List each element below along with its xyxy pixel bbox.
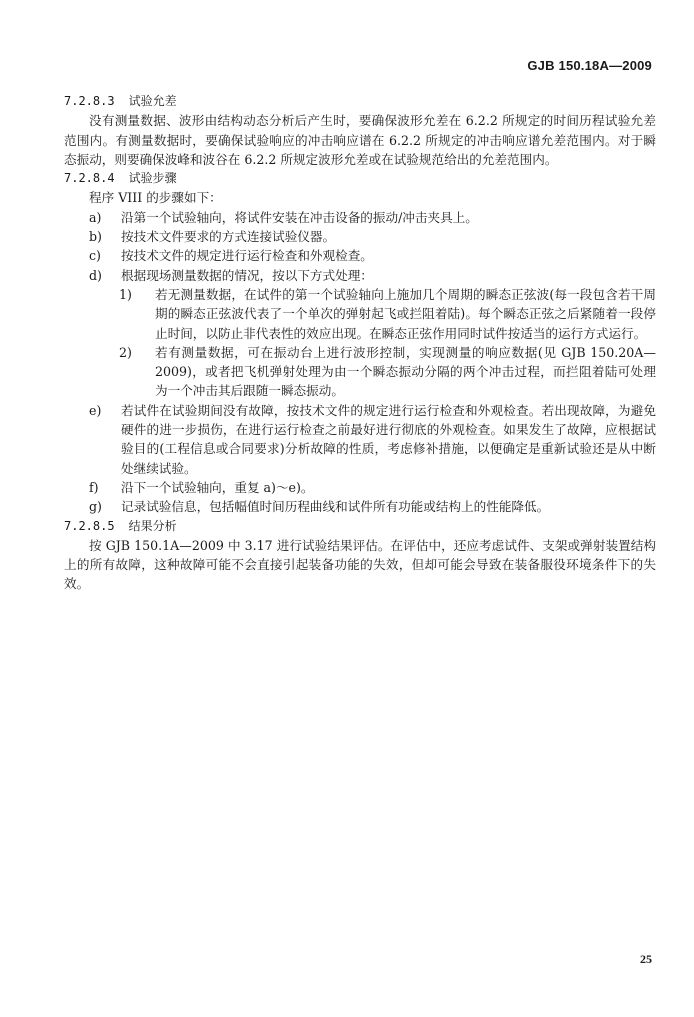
sub-list-label: 2) — [119, 343, 132, 362]
section-title: 试验允差 — [129, 94, 177, 108]
page-number: 25 — [640, 952, 652, 967]
list-item-c: c)按技术文件的规定进行运行检查和外观检查。 — [64, 246, 656, 265]
sub-list-item-1: 1)若无测量数据，在试件的第一个试验轴向上施加几个周期的瞬态正弦波(每一段包含若… — [64, 285, 656, 343]
list-item-a: a)沿第一个试验轴向，将试件安装在冲击设备的振动/冲击夹具上。 — [64, 208, 656, 227]
list-item-d: d)根据现场测量数据的情况，按以下方式处理： — [64, 266, 656, 285]
list-label: c) — [89, 246, 101, 265]
list-item-f: f)沿下一个试验轴向，重复 a)～e)。 — [64, 478, 656, 497]
list-label: e) — [89, 401, 101, 420]
list-text: 按技术文件的规定进行运行检查和外观检查。 — [121, 248, 373, 263]
sub-list-item-2: 2)若有测量数据，可在振动台上进行波形控制，实现测量的响应数据(见 GJB 15… — [64, 343, 656, 401]
list-text: 根据现场测量数据的情况，按以下方式处理： — [121, 268, 373, 283]
section-title: 试验步骤 — [129, 171, 177, 185]
list-label: f) — [89, 478, 99, 497]
list-label: g) — [89, 497, 102, 516]
section-heading-7-2-8-5: 7.2.8.5结果分析 — [64, 517, 656, 536]
section-body-tolerance: 没有测量数据、波形由结构动态分析后产生时，要确保波形允差在 6.2.2 所规定的… — [64, 111, 656, 169]
document-id: GJB 150.18A—2009 — [527, 58, 652, 73]
section-number: 7.2.8.5 — [64, 519, 115, 533]
list-label: a) — [89, 208, 101, 227]
sub-list-text: 若无测量数据，在试件的第一个试验轴向上施加几个周期的瞬态正弦波(每一段包含若干周… — [155, 287, 656, 341]
section-title: 结果分析 — [129, 519, 177, 533]
sub-list-text: 若有测量数据，可在振动台上进行波形控制，实现测量的响应数据(见 GJB 150.… — [155, 345, 656, 399]
list-text: 沿第一个试验轴向，将试件安装在冲击设备的振动/冲击夹具上。 — [121, 210, 478, 225]
section-number: 7.2.8.4 — [64, 171, 115, 185]
section-heading-7-2-8-3: 7.2.8.3试验允差 — [64, 92, 656, 111]
list-text: 若试件在试验期间没有故障，按技术文件的规定进行运行检查和外观检查。若出现故障，为… — [121, 403, 656, 476]
list-text: 沿下一个试验轴向，重复 a)～e)。 — [121, 480, 314, 495]
procedure-intro: 程序 VIII 的步骤如下： — [64, 188, 656, 207]
section-heading-7-2-8-4: 7.2.8.4试验步骤 — [64, 169, 656, 188]
list-item-e: e)若试件在试验期间没有故障，按技术文件的规定进行运行检查和外观检查。若出现故障… — [64, 401, 656, 478]
list-label: d) — [89, 266, 102, 285]
list-item-b: b)按技术文件要求的方式连接试验仪器。 — [64, 227, 656, 246]
list-text: 按技术文件要求的方式连接试验仪器。 — [121, 229, 335, 244]
list-label: b) — [89, 227, 102, 246]
list-item-g: g)记录试验信息，包括幅值时间历程曲线和试件所有功能或结构上的性能降低。 — [64, 497, 656, 516]
page-content: 7.2.8.3试验允差 没有测量数据、波形由结构动态分析后产生时，要确保波形允差… — [64, 92, 656, 594]
list-text: 记录试验信息，包括幅值时间历程曲线和试件所有功能或结构上的性能降低。 — [121, 499, 549, 514]
section-body-result-analysis: 按 GJB 150.1A—2009 中 3.17 进行试验结果评估。在评估中，还… — [64, 536, 656, 594]
section-number: 7.2.8.3 — [64, 94, 115, 108]
sub-list-label: 1) — [119, 285, 132, 304]
